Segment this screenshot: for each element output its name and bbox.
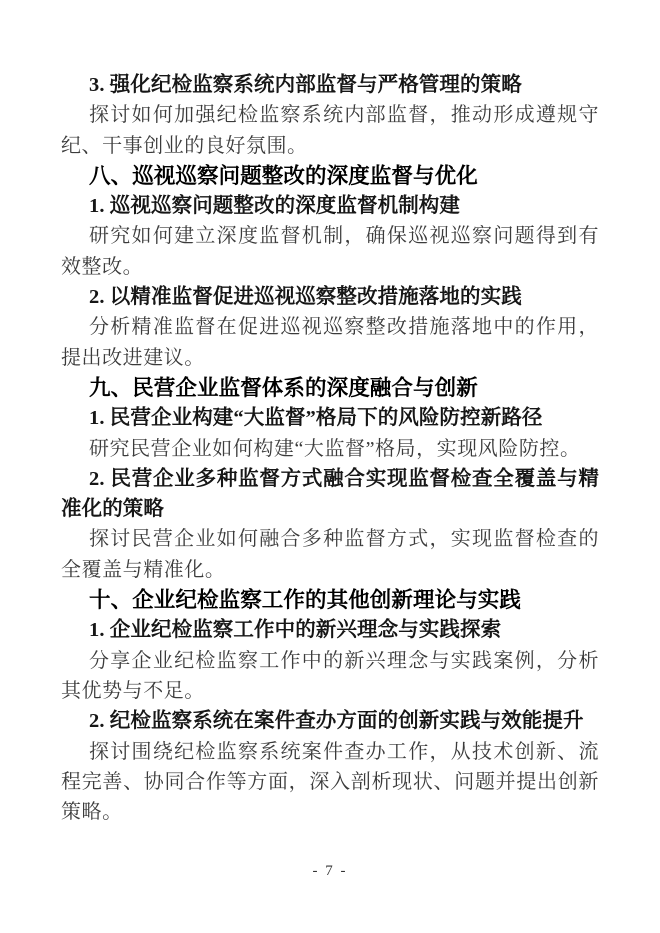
subsection-heading: 3. 强化纪检监察系统内部监督与严格管理的策略 (61, 70, 599, 100)
body-paragraph: 探讨如何加强纪检监察系统内部监督，推动形成遵规守纪、干事创业的良好氛围。 (61, 100, 599, 161)
body-paragraph: 探讨民营企业如何融合多种监督方式，实现监督检查的全覆盖与精准化。 (61, 524, 599, 585)
body-paragraph: 探讨围绕纪检监察系统案件查办工作，从技术创新、流程完善、协同合作等方面，深入剖析… (61, 737, 599, 828)
subsection-heading: 1. 民营企业构建“大监督”格局下的风险防控新路径 (61, 403, 599, 433)
section-heading: 八、巡视巡察问题整改的深度监督与优化 (61, 161, 599, 191)
document-page: 3. 强化纪检监察系统内部监督与严格管理的策略 探讨如何加强纪检监察系统内部监督… (0, 0, 660, 933)
body-paragraph: 分析精准监督在促进巡视巡察整改措施落地中的作用，提出改进建议。 (61, 312, 599, 373)
section-heading: 十、企业纪检监察工作的其他创新理论与实践 (61, 585, 599, 615)
subsection-heading: 1. 企业纪检监察工作中的新兴理念与实践探索 (61, 615, 599, 645)
body-paragraph: 研究民营企业如何构建“大监督”格局，实现风险防控。 (61, 434, 599, 464)
subsection-heading: 2. 民营企业多种监督方式融合实现监督检查全覆盖与精准化的策略 (61, 464, 599, 525)
body-paragraph: 分享企业纪检监察工作中的新兴理念与实践案例，分析其优势与不足。 (61, 646, 599, 707)
document-body: 3. 强化纪检监察系统内部监督与严格管理的策略 探讨如何加强纪检监察系统内部监督… (61, 70, 599, 827)
subsection-heading: 2. 纪检监察系统在案件查办方面的创新实践与效能提升 (61, 706, 599, 736)
subsection-heading: 1. 巡视巡察问题整改的深度监督机制构建 (61, 191, 599, 221)
subsection-heading: 2. 以精准监督促进巡视巡察整改措施落地的实践 (61, 282, 599, 312)
body-paragraph: 研究如何建立深度监督机制，确保巡视巡察问题得到有效整改。 (61, 221, 599, 282)
section-heading: 九、民营企业监督体系的深度融合与创新 (61, 373, 599, 403)
page-number: - 7 - (0, 863, 660, 880)
